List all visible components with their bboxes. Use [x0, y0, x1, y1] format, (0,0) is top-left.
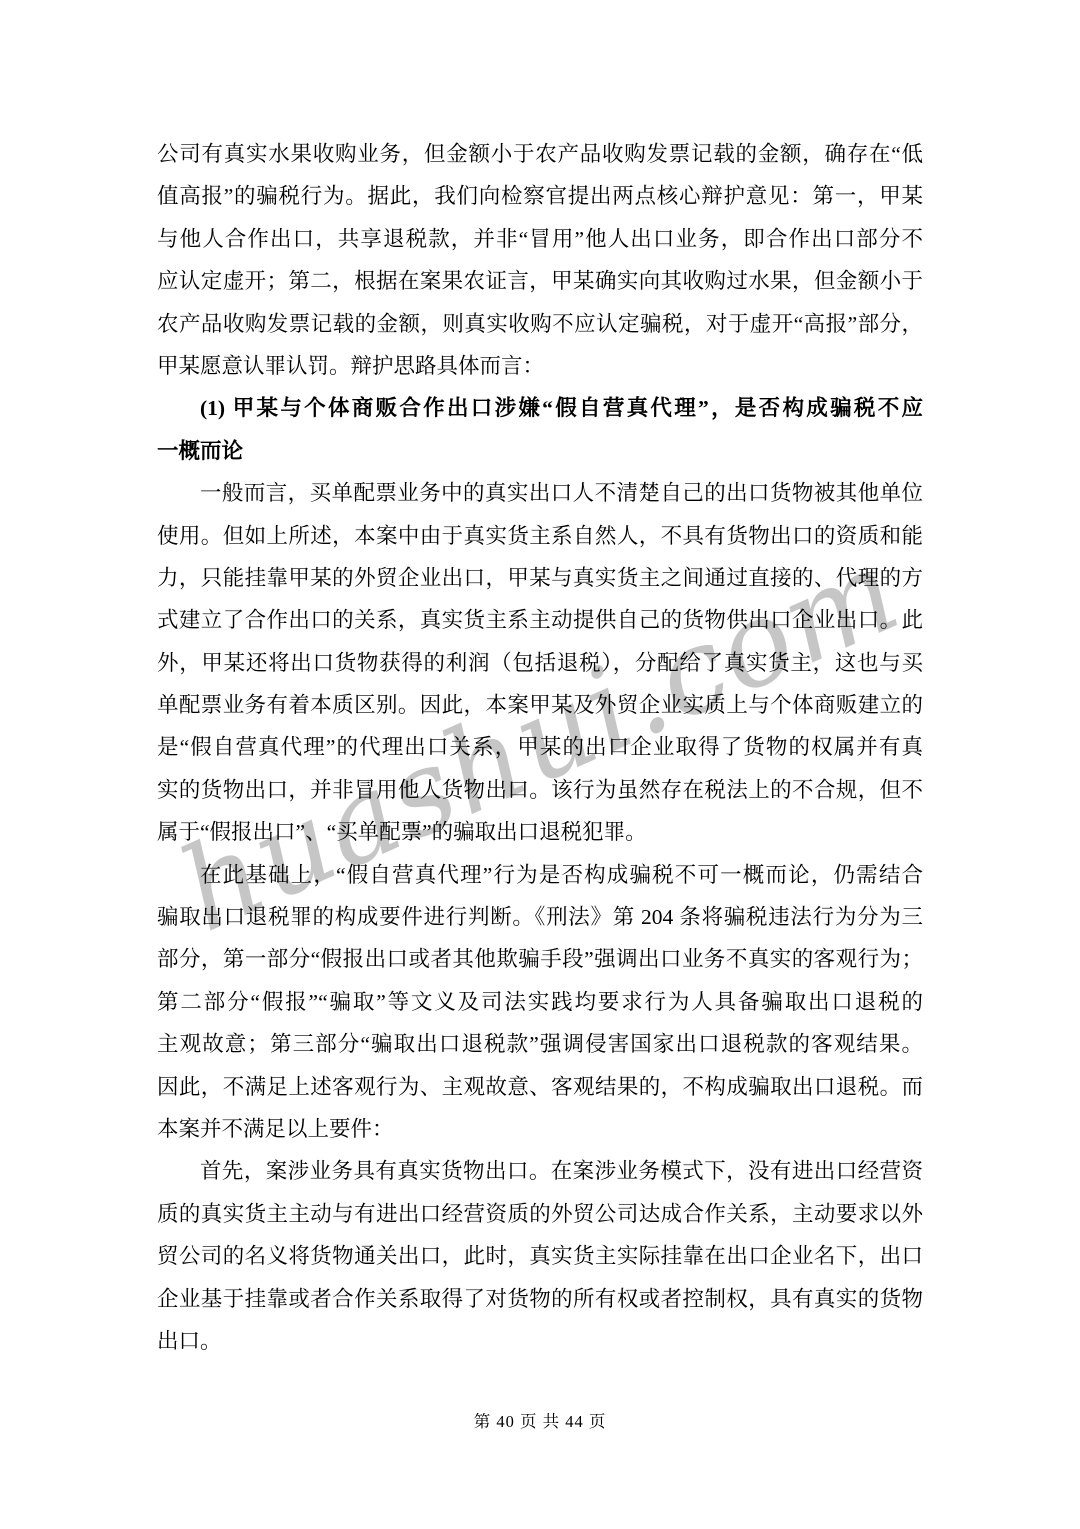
body-line: 骗取出口退税罪的构成要件进行判断。《刑法》第 204 条将骗税违法行为分为三 — [157, 896, 923, 938]
document-page: huashui.com 公司有真实水果收购业务，但金额小于农产品收购发票记载的金… — [0, 0, 1080, 1529]
body-line: 甲某愿意认罪认罚。辩护思路具体而言： — [157, 345, 923, 387]
body-line: 应认定虚开；第二，根据在案果农证言，甲某确实向其收购过水果，但金额小于 — [157, 260, 923, 302]
body-line: 在此基础上，“假自营真代理”行为是否构成骗税不可一概而论，仍需结合 — [157, 854, 923, 896]
body-line: 单配票业务有着本质区别。因此，本案甲某及外贸企业实质上与个体商贩建立的 — [157, 684, 923, 726]
body-line: 因此，不满足上述客观行为、主观故意、客观结果的，不构成骗取出口退税。而 — [157, 1066, 923, 1108]
body-line: 本案并不满足以上要件： — [157, 1108, 923, 1150]
body-line: 力，只能挂靠甲某的外贸企业出口，甲某与真实货主之间通过直接的、代理的方 — [157, 557, 923, 599]
body-line: 部分，第一部分“假报出口或者其他欺骗手段”强调出口业务不真实的客观行为； — [157, 938, 923, 980]
body-line: 式建立了合作出口的关系，真实货主系主动提供自己的货物供出口企业出口。此 — [157, 599, 923, 641]
body-line: 第二部分“假报”“骗取”等文义及司法实践均要求行为人具备骗取出口退税的 — [157, 981, 923, 1023]
body-line: 是“假自营真代理”的代理出口关系，甲某的出口企业取得了货物的权属并有真 — [157, 726, 923, 768]
body-line: 与他人合作出口，共享退税款，并非“冒用”他人出口业务，即合作出口部分不 — [157, 218, 923, 260]
text-block: 公司有真实水果收购业务，但金额小于农产品收购发票记载的金额，确存在“低值高报”的… — [157, 133, 923, 1362]
body-line: 使用。但如上所述，本案中由于真实货主系自然人，不具有货物出口的资质和能 — [157, 515, 923, 557]
body-line: 贸公司的名义将货物通关出口，此时，真实货主实际挂靠在出口企业名下，出口 — [157, 1235, 923, 1277]
body-line: 农产品收购发票记载的金额，则真实收购不应认定骗税，对于虚开“高报”部分， — [157, 303, 923, 345]
body-line: 质的真实货主主动与有进出口经营资质的外贸公司达成合作关系，主动要求以外 — [157, 1193, 923, 1235]
body-line: 公司有真实水果收购业务，但金额小于农产品收购发票记载的金额，确存在“低 — [157, 133, 923, 175]
body-line: 主观故意；第三部分“骗取出口退税款”强调侵害国家出口退税款的客观结果。 — [157, 1023, 923, 1065]
body-line: 一般而言，买单配票业务中的真实出口人不清楚自己的出口货物被其他单位 — [157, 472, 923, 514]
body-line: 实的货物出口，并非冒用他人货物出口。该行为虽然存在税法上的不合规，但不 — [157, 769, 923, 811]
body-line: 外，甲某还将出口货物获得的利润（包括退税），分配给了真实货主，这也与买 — [157, 642, 923, 684]
body-line: 出口。 — [157, 1320, 923, 1362]
heading-line: 一概而论 — [157, 430, 923, 472]
body-line: 值高报”的骗税行为。据此，我们向检察官提出两点核心辩护意见：第一，甲某 — [157, 175, 923, 217]
heading-line: (1) 甲某与个体商贩合作出口涉嫌“假自营真代理”，是否构成骗税不应 — [157, 387, 923, 429]
body-line: 属于“假报出口”、“买单配票”的骗取出口退税犯罪。 — [157, 811, 923, 853]
body-line: 企业基于挂靠或者合作关系取得了对货物的所有权或者控制权，具有真实的货物 — [157, 1278, 923, 1320]
page-footer: 第 40 页 共 44 页 — [0, 1408, 1080, 1432]
body-line: 首先，案涉业务具有真实货物出口。在案涉业务模式下，没有进出口经营资 — [157, 1150, 923, 1192]
